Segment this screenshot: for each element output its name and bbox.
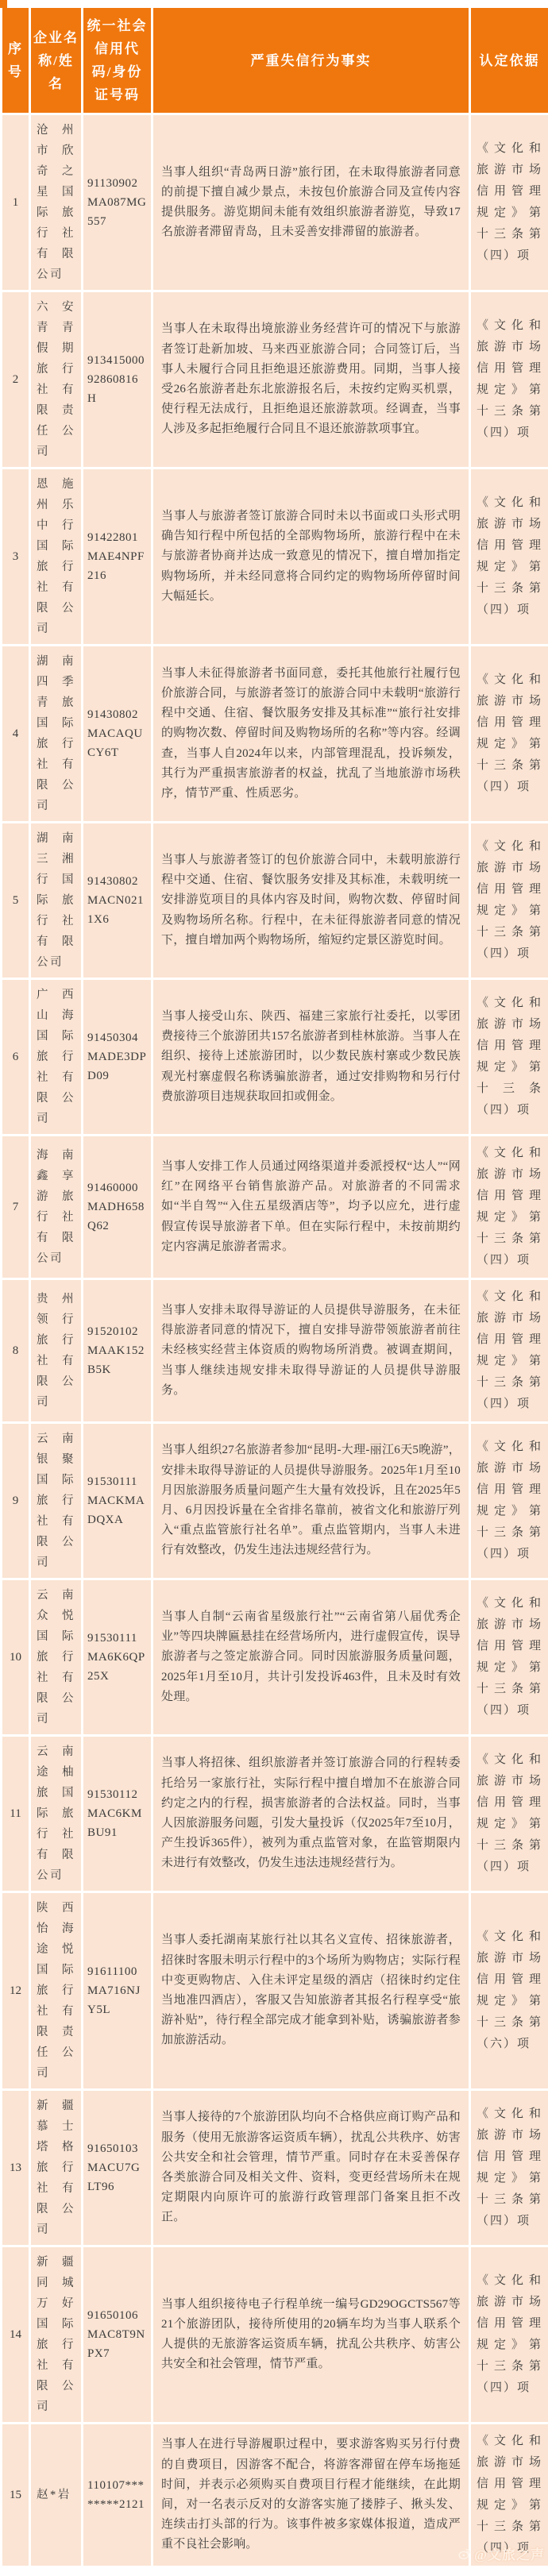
watermark: @文旅之声 (457, 2543, 545, 2563)
violation-facts: 当事人组织27名旅游者参加“昆明-大理-丽江6天5晚游”，安排未取得导游证的人员… (152, 1423, 470, 1579)
determination-basis: 《文化和旅游市场信用管理规定》第十三条第（四）项 (470, 1736, 548, 1892)
credit-code: 91460000MADH658Q62 (83, 1136, 152, 1279)
credit-code: 91422801MAE4NPF216 (83, 469, 152, 646)
company-name: 赵*岩 (30, 2424, 83, 2567)
determination-basis: 《文化和旅游市场信用管理规定》第十三条第（四）项 (470, 2246, 548, 2424)
row-serial: 6 (2, 979, 30, 1136)
row-serial: 5 (2, 823, 30, 979)
table-row: 6 广西山海国际旅行社有限公司 91450304MADE3DPD09 当事人接受… (2, 979, 548, 1136)
header-credit-code: 统一社会信用代码/身份证号码 (83, 7, 152, 114)
violation-facts: 当事人在未取得出境旅游业务经营许可的情况下与旅游者签订赴新加坡、马来西亚旅游合同… (152, 291, 470, 469)
row-serial: 3 (2, 469, 30, 646)
credit-code: 91611100MA716NJY5L (83, 1892, 152, 2090)
determination-basis: 《文化和旅游市场信用管理规定》第十三条第（四）项 (470, 114, 548, 291)
table-row: 13 新疆慕士塔格旅行社有限公司 91650103MACU7GLT96 当事人接… (2, 2090, 548, 2246)
row-serial: 15 (2, 2424, 30, 2567)
violation-facts: 当事人组织接待电子行程单统一编号GD29OGCTS567等21个旅游团队，接待所… (152, 2246, 470, 2424)
violation-facts: 当事人与旅游者签订的包价旅游合同中，未载明旅游行程中交通、住宿、餐饮服务安排及其… (152, 823, 470, 979)
row-serial: 1 (2, 114, 30, 291)
row-serial: 10 (2, 1579, 30, 1736)
credit-code: 91130902MA087MG557 (83, 114, 152, 291)
violation-facts: 当事人接待的7个旅游团队均向不合格供应商订购产品和服务（使用无旅游客运资质车辆）… (152, 2090, 470, 2246)
orange-edge-mark (0, 0, 7, 8)
determination-basis: 《文化和旅游市场信用管理规定》第十三条第（四）项 (470, 469, 548, 646)
header-serial: 序号 (2, 7, 30, 114)
row-serial: 8 (2, 1279, 30, 1423)
table-row: 8 贵州领行旅行社有限公司 91520102MAAK152B5K 当事人安排未取… (2, 1279, 548, 1423)
determination-basis: 《文化和旅游市场信用管理规定》第十三条第（四）项 (470, 2090, 548, 2246)
company-name: 新疆同城万好国际旅行社有限公司 (30, 2246, 83, 2424)
violation-facts: 当事人接受山东、陕西、福建三家旅行社委托，以零团费接待三个旅游团共157名旅游者… (152, 979, 470, 1136)
company-name: 贵州领行旅行社有限公司 (30, 1279, 83, 1423)
row-serial: 2 (2, 291, 30, 469)
weibo-icon (457, 2547, 472, 2561)
violation-facts: 当事人与旅游者签订旅游合同时未以书面或口头形式明确告知行程中所包括的全部购物场所… (152, 469, 470, 646)
table-row: 14 新疆同城万好国际旅行社有限公司 91650106MAC8T9NPX7 当事… (2, 2246, 548, 2424)
row-serial: 13 (2, 2090, 30, 2246)
company-name: 恩施州乐中行国际旅行社有限公司 (30, 469, 83, 646)
company-name: 海南鑫享游旅行社有限公司 (30, 1136, 83, 1279)
table-row: 1 沧州市欣奇之星国际旅行社有限公司 91130902MA087MG557 当事… (2, 114, 548, 291)
credit-code: 91530111MA6K6QP25X (83, 1579, 152, 1736)
table-row: 3 恩施州乐中行国际旅行社有限公司 91422801MAE4NPF216 当事人… (2, 469, 548, 646)
credit-code: 91430802MACN0211X6 (83, 823, 152, 979)
table-header: 序号 企业名称/姓名 统一社会信用代码/身份证号码 严重失信行为事实 认定依据 (2, 7, 548, 114)
determination-basis: 《文化和旅游市场信用管理规定》第十三条第（四）项 (470, 291, 548, 469)
table-row: 10 云南众悦国际旅行社有限公司 91530111MA6K6QP25X 当事人自… (2, 1579, 548, 1736)
table-row: 9 云南银聚国际旅行社有限公司 91530111MACKMADQXA 当事人组织… (2, 1423, 548, 1579)
header-basis: 认定依据 (470, 7, 548, 114)
watermark-handle: @文旅之声 (474, 2543, 545, 2563)
company-name: 云南众悦国际旅行社有限公司 (30, 1579, 83, 1736)
company-name: 沧州市欣奇之星国际旅行社有限公司 (30, 114, 83, 291)
company-name: 新疆慕士塔格旅行社有限公司 (30, 2090, 83, 2246)
company-name: 湖南四季青旅国际旅行社有限公司 (30, 646, 83, 823)
row-serial: 11 (2, 1736, 30, 1892)
violation-facts: 当事人未征得旅游者书面同意，委托其他旅行社履行包价旅游合同，与旅游者签订的旅游合… (152, 646, 470, 823)
determination-basis: 《文化和旅游市场信用管理规定》第十三条第（四）项 (470, 1136, 548, 1279)
credit-code: 91530111MACKMADQXA (83, 1423, 152, 1579)
table-row: 12 陕西怡海途悦国际旅行社有限责任公司 91611100MA716NJY5L … (2, 1892, 548, 2090)
table-row: 5 湖南三湘行国际旅行社有限公司 91430802MACN0211X6 当事人与… (2, 823, 548, 979)
header-name: 企业名称/姓名 (30, 7, 83, 114)
table-row: 11 云南途柚旅国际旅行社有限公司 91530112MAC6KMBU91 当事人… (2, 1736, 548, 1892)
violation-facts: 当事人在进行导游履职过程中，要求游客购买另行付费的自费项目，因游客不配合，将游客… (152, 2424, 470, 2567)
credit-code: 91530112MAC6KMBU91 (83, 1736, 152, 1892)
violation-facts: 当事人自制“云南省星级旅行社”“云南省第八届优秀企业”等四块牌匾悬挂在经营场所内… (152, 1579, 470, 1736)
table-body: 1 沧州市欣奇之星国际旅行社有限公司 91130902MA087MG557 当事… (2, 114, 548, 2567)
company-name: 云南银聚国际旅行社有限公司 (30, 1423, 83, 1579)
header-facts: 严重失信行为事实 (152, 7, 470, 114)
table-row: 4 湖南四季青旅国际旅行社有限公司 91430802MACAQUCY6T 当事人… (2, 646, 548, 823)
row-serial: 9 (2, 1423, 30, 1579)
header-row: 序号 企业名称/姓名 统一社会信用代码/身份证号码 严重失信行为事实 认定依据 (2, 7, 548, 114)
company-name: 广西山海国际旅行社有限公司 (30, 979, 83, 1136)
row-serial: 12 (2, 1892, 30, 2090)
violation-facts: 当事人安排工作人员通过网络渠道并委派授权“达人”“网红”在网络平台销售旅游产品。… (152, 1136, 470, 1279)
violation-facts: 当事人安排未取得导游证的人员提供导游服务，在未征得旅游者同意的情况下，擅自安排导… (152, 1279, 470, 1423)
determination-basis: 《文化和旅游市场信用管理规定》第十三条第（四）项 (470, 823, 548, 979)
violation-facts: 当事人将招徕、组织旅游者并签订旅游合同的行程转委托给另一家旅行社，实际行程中擅自… (152, 1736, 470, 1892)
credit-code: 91650103MACU7GLT96 (83, 2090, 152, 2246)
determination-basis: 《文化和旅游市场信用管理规定》第十三条第（四）项 (470, 1579, 548, 1736)
company-name: 湖南三湘行国际旅行社有限公司 (30, 823, 83, 979)
credit-code: 91650106MAC8T9NPX7 (83, 2246, 152, 2424)
credit-code: 91450304MADE3DPD09 (83, 979, 152, 1136)
credit-code: 110107********2121 (83, 2424, 152, 2567)
company-name: 云南途柚旅国际旅行社有限公司 (30, 1736, 83, 1892)
row-serial: 7 (2, 1136, 30, 1279)
determination-basis: 《文化和旅游市场信用管理规定》第十三条第（四）项 (470, 1279, 548, 1423)
credit-code: 91341500092860816H (83, 291, 152, 469)
credit-code: 91520102MAAK152B5K (83, 1279, 152, 1423)
determination-basis: 《文化和旅游市场信用管理规定》第十三条第（四）项 (470, 1423, 548, 1579)
determination-basis: 《文化和旅游市场信用管理规定》第十三条（四）项 (470, 979, 548, 1136)
table-row: 2 六安青青假期旅行社有限责任公司 91341500092860816H 当事人… (2, 291, 548, 469)
violation-facts: 当事人委托湖南某旅行社以其名义宣传、招徕旅游者，招徕时客服未明示行程中的3个场所… (152, 1892, 470, 2090)
credit-code: 91430802MACAQUCY6T (83, 646, 152, 823)
row-serial: 4 (2, 646, 30, 823)
dishonest-behavior-table: 序号 企业名称/姓名 统一社会信用代码/身份证号码 严重失信行为事实 认定依据 … (0, 6, 548, 2568)
credit-announcement-page: 序号 企业名称/姓名 统一社会信用代码/身份证号码 严重失信行为事实 认定依据 … (0, 0, 548, 2576)
determination-basis: 《文化和旅游市场信用管理规定》第十三条第（四）项 (470, 646, 548, 823)
row-serial: 14 (2, 2246, 30, 2424)
company-name: 六安青青假期旅行社有限责任公司 (30, 291, 83, 469)
determination-basis: 《文化和旅游市场信用管理规定》第十三条第（六）项 (470, 1892, 548, 2090)
table-row: 7 海南鑫享游旅行社有限公司 91460000MADH658Q62 当事人安排工… (2, 1136, 548, 1279)
company-name: 陕西怡海途悦国际旅行社有限责任公司 (30, 1892, 83, 2090)
violation-facts: 当事人组织“青岛两日游”旅行团，在未取得旅游者同意的前提下擅自减少景点，未按包价… (152, 114, 470, 291)
